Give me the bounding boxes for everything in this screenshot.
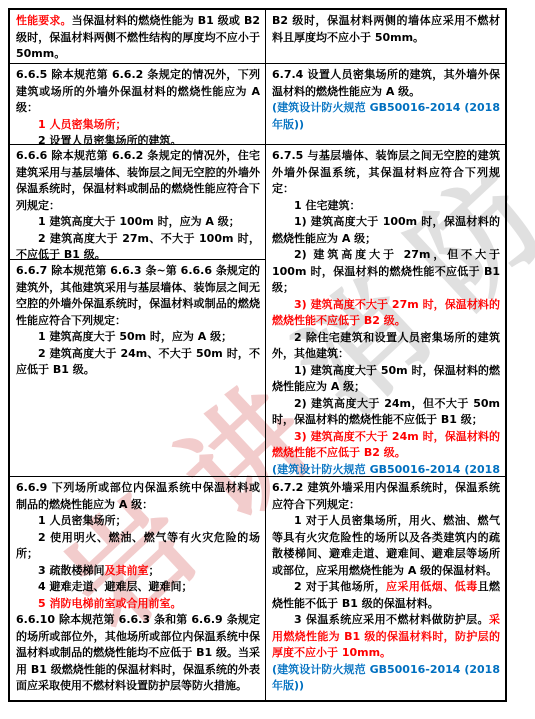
text-run: B2 级时，保温材料两侧的墙体应采用不燃材料且厚度均不应小于 50mm。 <box>272 14 500 44</box>
paragraph: 2 设置人员密集场所的建筑。 <box>16 133 260 145</box>
text-run: 1 住宅建筑： <box>294 199 360 212</box>
paragraph: (建筑设计防火规范 GB50016-2014 (2018 年版)) <box>272 100 500 133</box>
text-run: 2 除住宅建筑和设置人员密集场所的建筑外，其他建筑： <box>272 331 500 361</box>
paragraph: 1 人员密集场所； <box>16 117 260 134</box>
table-cell: 6.6.5 除本规范第 6.6.2 条规定的情况外，下列建筑或场所的外墙外保温材… <box>10 64 265 145</box>
text-run-red: 3) 建筑高度不大于 27m 时，保温材料的燃烧性能不应低于 B2 级。 <box>272 298 500 328</box>
paragraph: (建筑设计防火规范 GB50016-2014 (2018 年版)) <box>272 462 500 478</box>
text-run: 6.7.4 设置人员密集场所的建筑，其外墙外保温材料的燃烧性能应为 A 级。 <box>272 68 500 98</box>
regulation-comparison-table: 性能要求。当保温材料的燃烧性能为 B1 级或 B2 级时，保温材料两侧不燃性结构… <box>8 8 507 702</box>
paragraph: 6.6.10 除本规范第 6.6.3 条和第 6.6.9 条规定的场所或部位外，… <box>16 612 260 695</box>
text-run-red: 及其前室 <box>104 564 148 577</box>
text-run-blue: (建筑设计防火规范 GB50016-2014 (2018 年版)) <box>272 101 500 131</box>
text-run: 6.7.5 与基层墙体、装饰层之间无空腔的建筑外墙外保温系统，其保温材料应符合下… <box>272 149 500 195</box>
paragraph: (建筑设计防火规范 GB50016-2014 (2018 年版)) <box>272 662 500 695</box>
table-cell: 性能要求。当保温材料的燃烧性能为 B1 级或 B2 级时，保温材料两侧不燃性结构… <box>10 10 265 64</box>
text-run: 2) 建筑高度大于 27m，但不大于 100m 时，保温材料的燃烧性能不应低于 … <box>272 248 500 294</box>
text-run-red: 5 消防电梯前室或合用前室。 <box>38 597 181 610</box>
text-run: 1 建筑高度大于 50m 时，应为 A 级； <box>38 330 232 343</box>
paragraph: 2) 建筑高度大于 27m，但不大于 100m 时，保温材料的燃烧性能不应低于 … <box>272 247 500 297</box>
text-run: 4 避难走道、避难层、避难间； <box>38 580 192 593</box>
table-cell: 6.7.4 设置人员密集场所的建筑，其外墙外保温材料的燃烧性能应为 A 级。(建… <box>266 64 505 145</box>
text-run: 2 建筑高度大于 27m、不大于 100m 时，不应低于 B1 级。 <box>16 232 260 261</box>
text-run: 6.6.7 除本规范第 6.6.3 条~第 6.6.6 条规定的建筑外，其他建筑… <box>16 264 260 327</box>
text-run: 6.6.10 除本规范第 6.6.3 条和第 6.6.9 条规定的场所或部位外，… <box>16 613 260 692</box>
paragraph: 1 住宅建筑： <box>272 198 500 215</box>
paragraph: 1 人员密集场所； <box>16 513 260 530</box>
paragraph: 3 疏散楼梯间及其前室； <box>16 563 260 580</box>
table-cell: B2 级时，保温材料两侧的墙体应采用不燃材料且厚度均不应小于 50mm。 <box>266 10 505 64</box>
paragraph: 1 建筑高度大于 100m 时，应为 A 级； <box>16 214 260 231</box>
text-run: 1 对于人员密集场所，用火、燃油、燃气等具有火灾危险性的场所以及各类建筑内的疏散… <box>272 514 500 577</box>
text-run: 1 人员密集场所； <box>38 514 126 527</box>
text-run: 1) 建筑高度大于 100m 时，保温材料的燃烧性能应为 A 级； <box>272 215 500 245</box>
paragraph: 6.6.6 除本规范第 6.6.2 条规定的情况外，住宅建筑采用与基层墙体、装饰… <box>16 148 260 214</box>
paragraph: 3) 建筑高度不大于 27m 时，保温材料的燃烧性能不应低于 B2 级。 <box>272 297 500 330</box>
paragraph: B2 级时，保温材料两侧的墙体应采用不燃材料且厚度均不应小于 50mm。 <box>272 13 500 46</box>
table-cell: 6.6.6 除本规范第 6.6.2 条规定的情况外，住宅建筑采用与基层墙体、装饰… <box>10 145 265 260</box>
paragraph: 3 保温系统应采用不燃材料做防护层。采用燃烧性能为 B1 级的保温材料时，防护层… <box>272 612 500 662</box>
text-run-blue: (建筑设计防火规范 GB50016-2014 (2018 年版)) <box>272 463 500 478</box>
paragraph: 4 避难走道、避难层、避难间； <box>16 579 260 596</box>
text-run: 2) 建筑高度大于 24m，但不大于 50m 时，保温材料的燃烧性能不应低于 B… <box>272 397 500 427</box>
paragraph: 2) 建筑高度大于 24m，但不大于 50m 时，保温材料的燃烧性能不应低于 B… <box>272 396 500 429</box>
text-run-red: 性能要求。 <box>16 14 72 27</box>
paragraph: 2 建筑高度大于 27m、不大于 100m 时，不应低于 B1 级。 <box>16 231 260 261</box>
text-run: 6.6.6 除本规范第 6.6.2 条规定的情况外，住宅建筑采用与基层墙体、装饰… <box>16 149 260 212</box>
paragraph: 性能要求。当保温材料的燃烧性能为 B1 级或 B2 级时，保温材料两侧不燃性结构… <box>16 13 260 63</box>
paragraph: 6.7.5 与基层墙体、装饰层之间无空腔的建筑外墙外保温系统，其保温材料应符合下… <box>272 148 500 198</box>
text-run: 2 对于其他场所， <box>294 580 386 593</box>
text-run-red: 应采用低烟、低毒 <box>386 580 478 593</box>
paragraph: 6.6.7 除本规范第 6.6.3 条~第 6.6.6 条规定的建筑外，其他建筑… <box>16 263 260 329</box>
table-cell: 6.7.5 与基层墙体、装饰层之间无空腔的建筑外墙外保温系统，其保温材料应符合下… <box>266 145 505 477</box>
text-run: 6.6.5 除本规范第 6.6.2 条规定的情况外，下列建筑或场所的外墙外保温材… <box>16 68 260 114</box>
text-run-red: 3) 建筑高度不大于 24m 时，保温材料的燃烧性能不应低于 B2 级。 <box>272 430 500 460</box>
text-run: 2 使用明火、燃油、燃气等有火灾危险的场所； <box>16 531 260 561</box>
paragraph: 2 除住宅建筑和设置人员密集场所的建筑外，其他建筑： <box>272 330 500 363</box>
text-run: ； <box>148 564 159 577</box>
left-column: 性能要求。当保温材料的燃烧性能为 B1 级或 B2 级时，保温材料两侧不燃性结构… <box>10 10 266 700</box>
paragraph: 1 对于人员密集场所，用火、燃油、燃气等具有火灾危险性的场所以及各类建筑内的疏散… <box>272 513 500 579</box>
paragraph: 6.6.5 除本规范第 6.6.2 条规定的情况外，下列建筑或场所的外墙外保温材… <box>16 67 260 117</box>
text-run: 1 建筑高度大于 100m 时，应为 A 级； <box>38 215 240 228</box>
text-run: 6.6.9 下列场所或部位内保温系统中保温材料或制品的燃烧性能应为 A 级： <box>16 481 260 511</box>
table-cell: 6.6.9 下列场所或部位内保温系统中保温材料或制品的燃烧性能应为 A 级：1 … <box>10 477 265 700</box>
paragraph: 3) 建筑高度不大于 24m 时，保温材料的燃烧性能不应低于 B2 级。 <box>272 429 500 462</box>
paragraph: 1) 建筑高度大于 100m 时，保温材料的燃烧性能应为 A 级； <box>272 214 500 247</box>
text-run-red: 1 人员密集场所； <box>38 118 126 131</box>
right-column: B2 级时，保温材料两侧的墙体应采用不燃材料且厚度均不应小于 50mm。6.7.… <box>266 10 505 700</box>
paragraph: 2 对于其他场所，应采用低烟、低毒且燃烧性能不低于 B1 级的保温材料。 <box>272 579 500 612</box>
text-run: 1) 建筑高度大于 50m 时，保温材料的燃烧性能应为 A 级； <box>272 364 500 394</box>
paragraph: 1 建筑高度大于 50m 时，应为 A 级； <box>16 329 260 346</box>
text-run: 2 建筑高度大于 24m、不大于 50m 时，不应低于 B1 级。 <box>16 347 260 377</box>
paragraph: 2 建筑高度大于 24m、不大于 50m 时，不应低于 B1 级。 <box>16 346 260 379</box>
paragraph: 6.7.4 设置人员密集场所的建筑，其外墙外保温材料的燃烧性能应为 A 级。 <box>272 67 500 100</box>
paragraph: 1) 建筑高度大于 50m 时，保温材料的燃烧性能应为 A 级； <box>272 363 500 396</box>
text-run: 3 疏散楼梯间 <box>38 564 104 577</box>
paragraph: 6.7.2 建筑外墙采用内保温系统时，保温系统应符合下列规定： <box>272 480 500 513</box>
document-page: 岩讲消防 性能要求。当保温材料的燃烧性能为 B1 级或 B2 级时，保温材料两侧… <box>0 0 535 719</box>
text-run-blue: (建筑设计防火规范 GB50016-2014 (2018 年版)) <box>272 663 500 693</box>
table-cell: 6.6.7 除本规范第 6.6.3 条~第 6.6.6 条规定的建筑外，其他建筑… <box>10 260 265 477</box>
paragraph: 2 使用明火、燃油、燃气等有火灾危险的场所； <box>16 530 260 563</box>
text-run: 2 设置人员密集场所的建筑。 <box>38 134 181 145</box>
paragraph: 6.6.9 下列场所或部位内保温系统中保温材料或制品的燃烧性能应为 A 级： <box>16 480 260 513</box>
table-cell: 6.7.2 建筑外墙采用内保温系统时，保温系统应符合下列规定：1 对于人员密集场… <box>266 477 505 700</box>
paragraph: 5 消防电梯前室或合用前室。 <box>16 596 260 613</box>
text-run: 3 保温系统应采用不燃材料做防护层。 <box>294 613 489 626</box>
text-run: 6.7.2 建筑外墙采用内保温系统时，保温系统应符合下列规定： <box>272 481 500 511</box>
